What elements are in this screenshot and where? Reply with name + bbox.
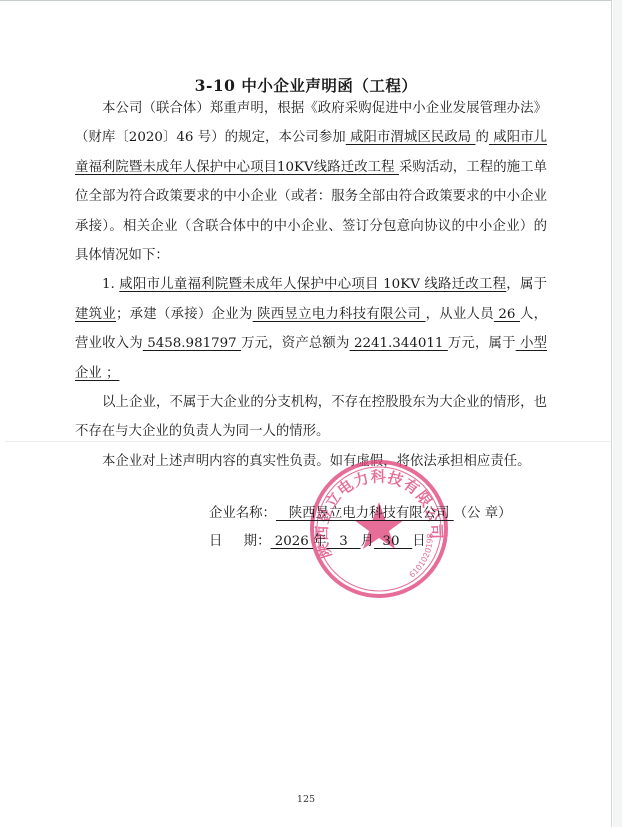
item-project: 咸阳市儿童福利院暨未成年人保护中心项目 10KV 线路迁改工程: [119, 277, 506, 292]
item-text: ；承建（承接）企业为: [116, 307, 253, 322]
date-label: 日 期：: [209, 534, 270, 549]
employee-count: 26: [494, 307, 520, 322]
company-name-value: 陕西昱立电力科技有限公司: [276, 506, 454, 521]
date-month: 3: [326, 534, 360, 549]
year-unit: 年: [313, 534, 326, 549]
total-assets-value: 2241.344011: [350, 336, 448, 351]
item-text: ，从业人员: [426, 307, 494, 322]
document-title: 3-10 中小企业声明函（工程）: [0, 74, 612, 96]
day-unit: 日: [412, 534, 425, 549]
intro-text-3: 采购活动，工程的施工单位全部为符合政策要求的中小企业（或者：服务全部由符合政策要…: [75, 160, 547, 263]
item-text: 万元，资产总额为: [241, 336, 349, 351]
responsibility-paragraph: 本企业对上述声明内容的真实性负责。如有虚假，将依法承担相应责任。: [75, 447, 547, 476]
industry: 建筑业: [75, 307, 116, 322]
month-unit: 月: [361, 534, 374, 549]
not-large-enterprise-paragraph: 以上企业，不属于大企业的分支机构，不存在控股股东为大企业的情形，也不存在与大企业…: [75, 388, 547, 447]
page-number: 125: [0, 794, 612, 805]
contractor-company: 陕西昱立电力科技有限公司: [253, 307, 426, 322]
intro-paragraph: 本公司（联合体）郑重声明，根据《政府采购促进中小企业发展管理办法》（财库〔202…: [75, 94, 547, 270]
date-year: 2026: [270, 534, 313, 549]
signature-date-line: 日 期： 2026 年 3 月 30 日: [209, 530, 426, 549]
item-text: ，属于: [506, 277, 547, 292]
document-body: 本公司（联合体）郑重声明，根据《政府采购促进中小企业发展管理办法》（财库〔202…: [75, 94, 547, 476]
purchaser-name: 咸阳市渭城区民政局: [346, 130, 476, 145]
item-number: 1.: [102, 277, 119, 292]
company-name-label: 企业名称：: [209, 506, 276, 521]
page-edge-scrollbar-area: [613, 0, 622, 827]
revenue-value: 5458.981797: [143, 336, 241, 351]
date-day: 30: [374, 534, 412, 549]
item-text: 万元，属于: [448, 336, 516, 351]
enterprise-item-1: 1. 咸阳市儿童福利院暨未成年人保护中心项目 10KV 线路迁改工程，属于建筑业…: [75, 270, 547, 388]
signature-company-line: 企业名称： 陕西昱立电力科技有限公司 （公 章）: [209, 502, 512, 521]
intro-text-2: 的: [475, 130, 488, 145]
seal-label: （公 章）: [454, 506, 512, 521]
